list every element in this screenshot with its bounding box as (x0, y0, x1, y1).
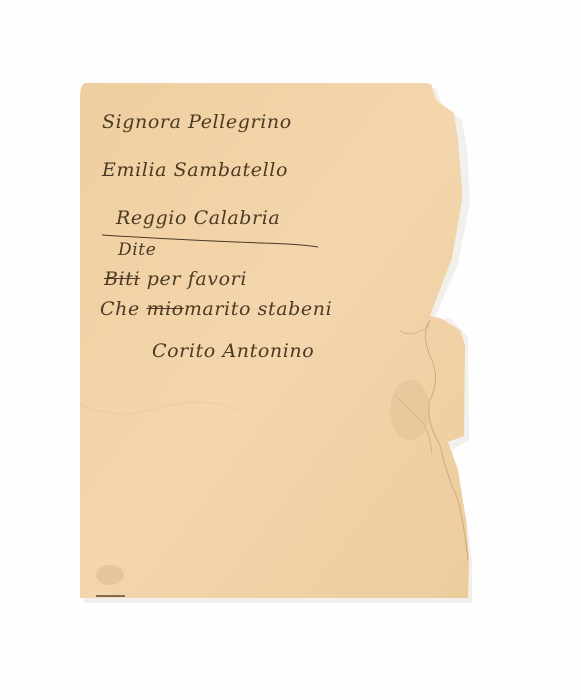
struck-word: mio (146, 298, 183, 320)
handwritten-text: Che (100, 298, 140, 320)
handwritten-text: Dite (118, 240, 156, 260)
handwritten-text: per favori (147, 268, 247, 290)
signature-line: Corito Antonino (152, 340, 314, 362)
struck-word: Biti (104, 268, 140, 290)
correction-line: Dite (118, 240, 156, 260)
signature-text: Corito Antonino (152, 340, 314, 362)
message-line-2: Che miomarito stabeni (100, 298, 332, 320)
recipient-name-line: Emilia Sambatello (102, 159, 288, 181)
handwritten-text: Emilia Sambatello (102, 159, 288, 181)
recipient-title-line: Signora Pellegrino (102, 111, 292, 133)
handwritten-text: Reggio Calabria (116, 207, 280, 229)
city-line: Reggio Calabria (116, 207, 280, 229)
message-line-1: Biti per favori (104, 268, 247, 290)
handwritten-text: marito stabeni (184, 298, 332, 320)
handwritten-text: Signora Pellegrino (102, 111, 292, 133)
